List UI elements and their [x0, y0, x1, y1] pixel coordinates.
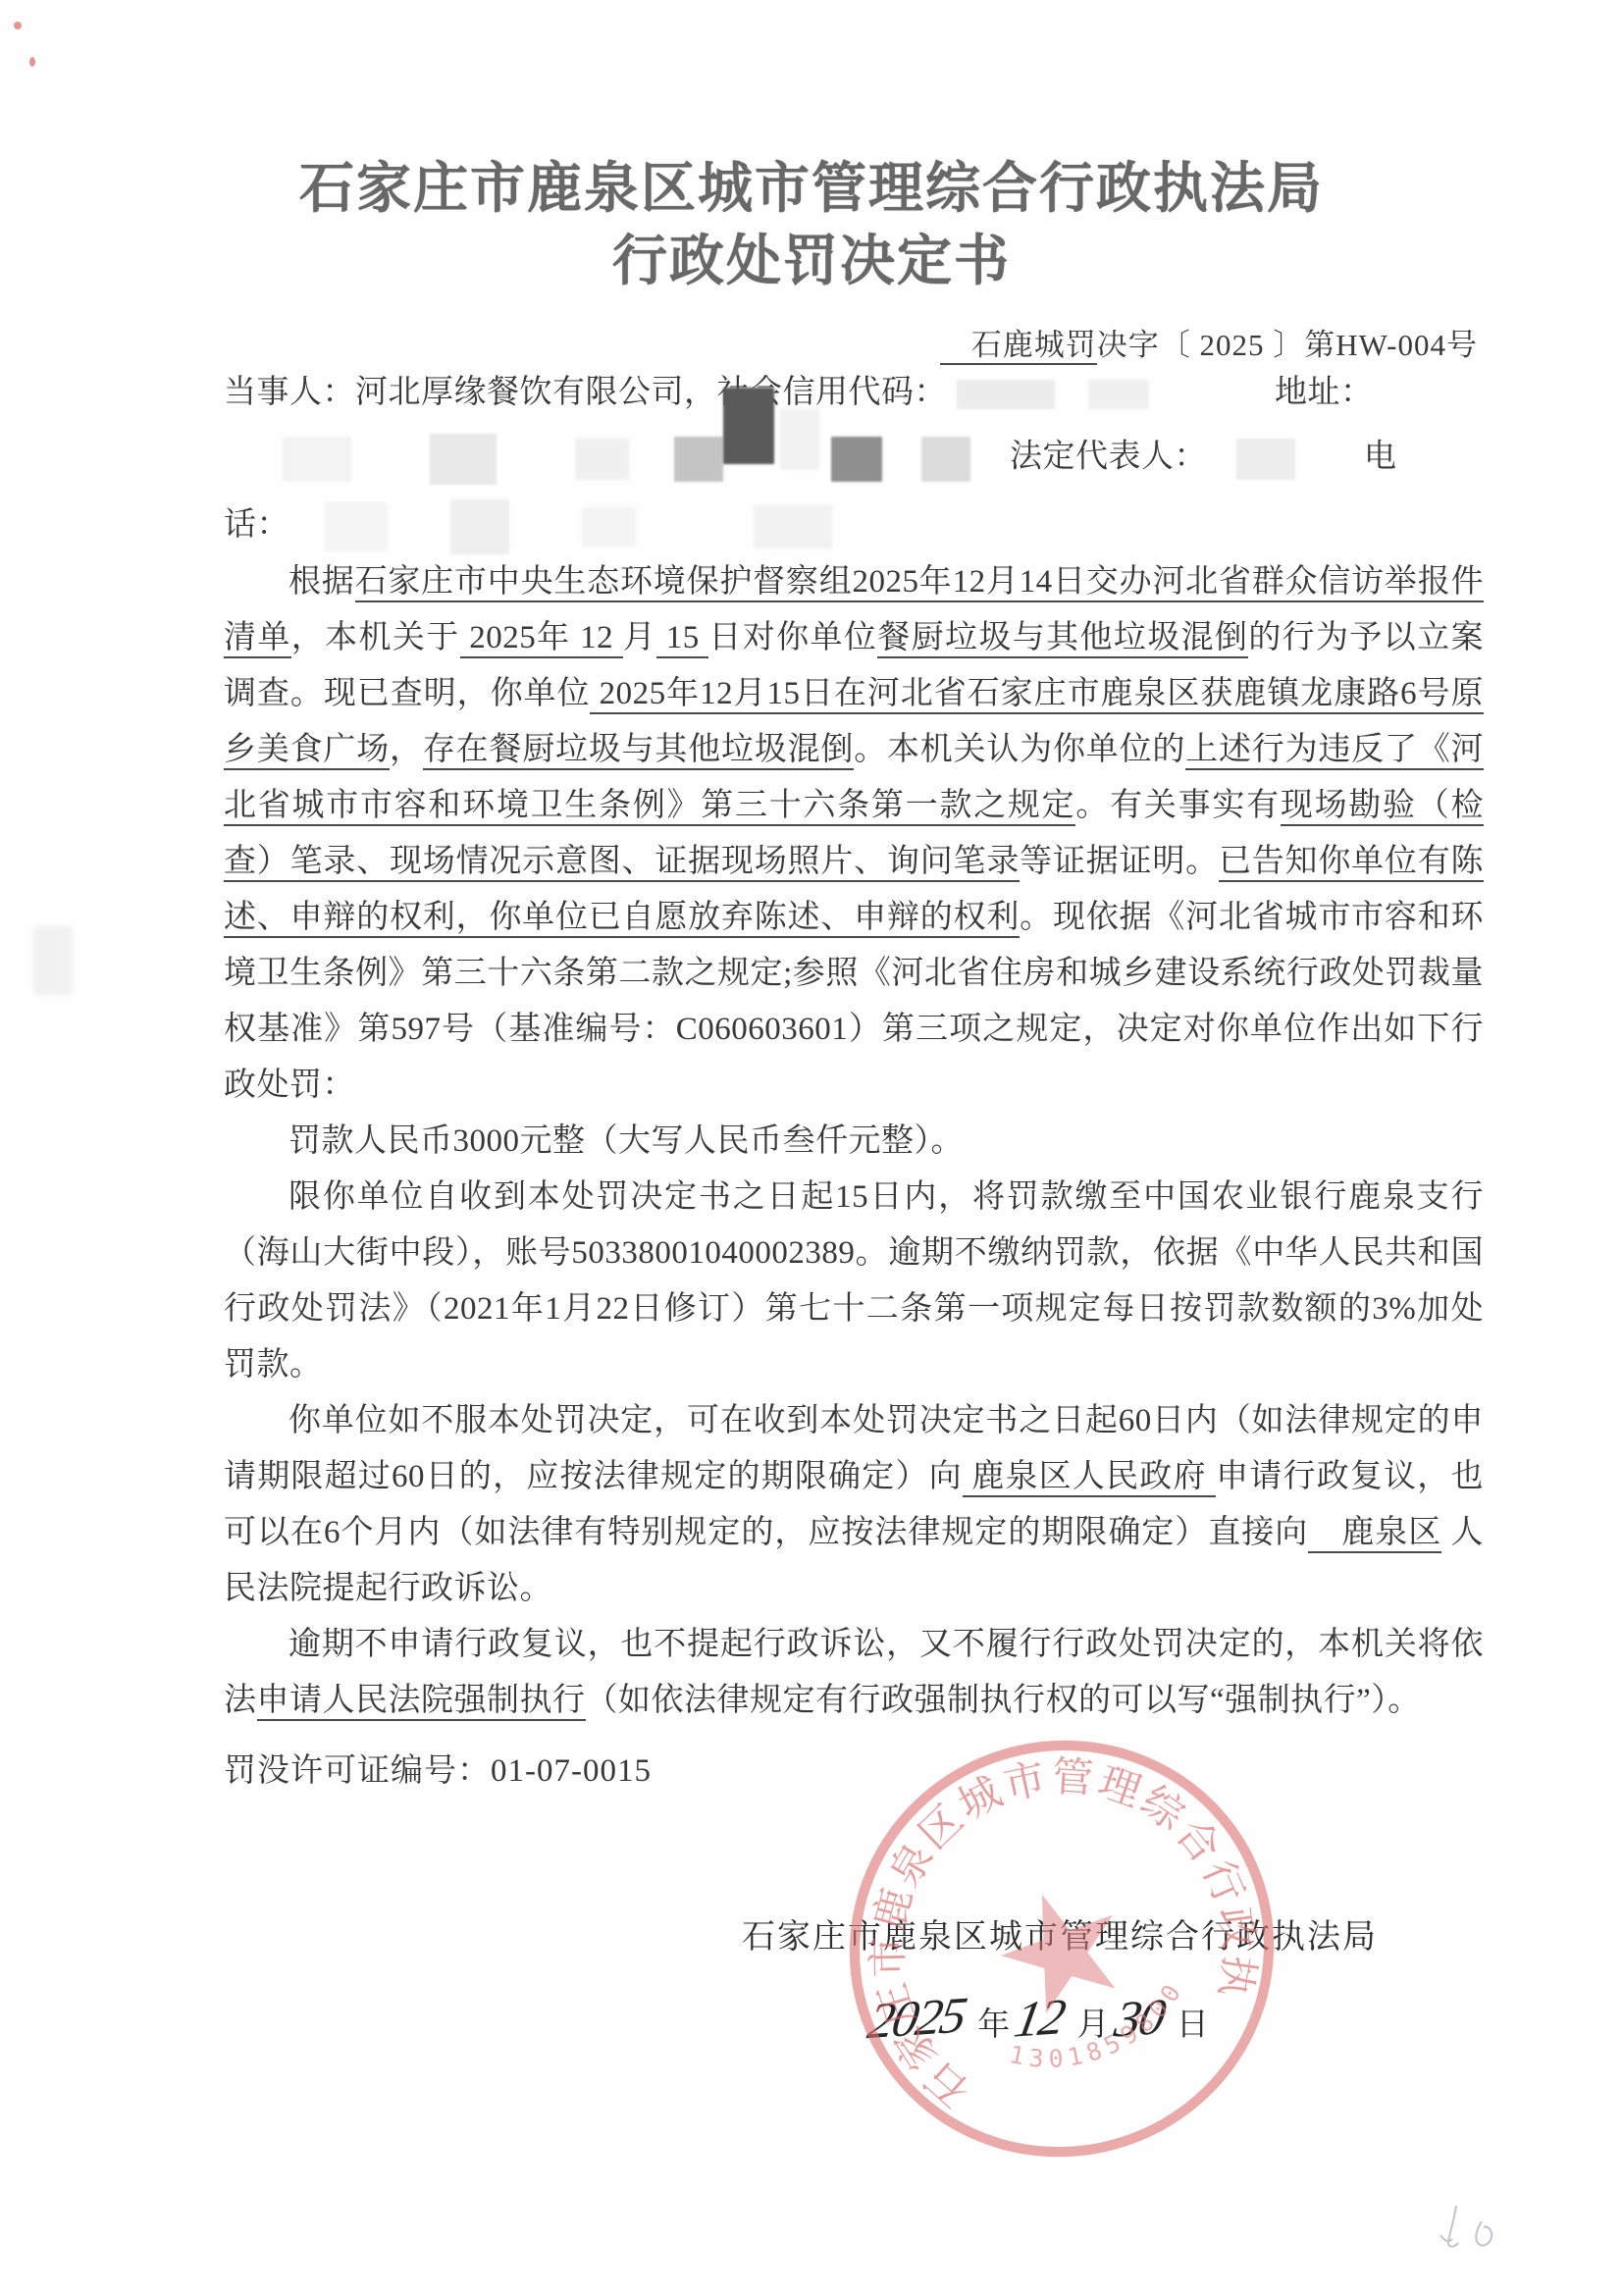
redaction-block [674, 437, 723, 482]
document-title-agency: 石家庄市鹿泉区城市管理综合行政执法局 [0, 145, 1623, 224]
ink-speck [29, 57, 35, 67]
ink-speck [14, 22, 22, 29]
redaction-block [582, 507, 636, 547]
paragraph-payment-instructions: 限你单位自收到本处罚决定书之日起15日内，将罚款缴至中国农业银行鹿泉支行（海山大… [224, 1170, 1484, 1393]
redaction-block [575, 439, 629, 480]
redaction-block [957, 380, 1055, 409]
paragraph-appeal-rights: 你单位如不服本处罚决定，可在收到本处罚决定书之日起60日内（如法律规定的申请期限… [224, 1393, 1484, 1617]
signature-date: 2025 年12 月30 日 [864, 1990, 1315, 2048]
redaction-block [450, 499, 509, 554]
paragraph-case-facts: 根据石家庄市中央生态环境保护督察组2025年12月14日交办河北省群众信访举报件… [224, 554, 1484, 1114]
redaction-block [754, 505, 832, 548]
redaction-block [283, 437, 351, 482]
document-number: 石鹿城罚决字〔 2025 〕第HW-004号 [940, 320, 1478, 364]
paragraph-enforcement: 逾期不申请行政复议，也不提起行政诉讼，又不履行行政处罚决定的，本机关将依法申请人… [224, 1617, 1484, 1729]
party-line-3: 话： [224, 497, 1484, 554]
paragraph-fine-amount: 罚款人民币3000元整（大写人民币叁仟元整）。 [224, 1114, 1484, 1170]
scanned-penalty-decision-document: 石家庄市鹿泉区城市管理综合行政执法局 行政处罚决定书 石鹿城罚决字〔 2025 … [0, 0, 1623, 2296]
redaction-block [325, 502, 388, 551]
redaction-block [921, 437, 970, 482]
redaction-block [430, 434, 497, 485]
redaction-block [1088, 380, 1149, 409]
svg-text:石家庄市鹿泉区城市管理综合行政执法局: 石家庄市鹿泉区城市管理综合行政执法局 [774, 1663, 1290, 2143]
party-line-2: 法定代表人：电 [224, 421, 1484, 497]
scan-smudge [33, 926, 73, 995]
party-line-1: 当事人：河北厚缘餐饮有限公司，社会信用代码：地址： [224, 365, 1484, 421]
redaction-block [723, 388, 774, 464]
penalty-license-number: 罚没许可证编号：01-07-0015 [224, 1745, 652, 1791]
document-title-type: 行政处罚决定书 [0, 218, 1623, 296]
redaction-block [831, 437, 882, 482]
redaction-block [780, 409, 819, 470]
signature-agency-name: 石家庄市鹿泉区城市管理综合行政执法局 [726, 1909, 1393, 1957]
document-body: 当事人：河北厚缘餐饮有限公司，社会信用代码：地址： 法定代表人：电 话： 根据石… [224, 365, 1484, 1729]
redaction-block [1236, 439, 1295, 480]
handwritten-mark [1435, 2198, 1523, 2267]
